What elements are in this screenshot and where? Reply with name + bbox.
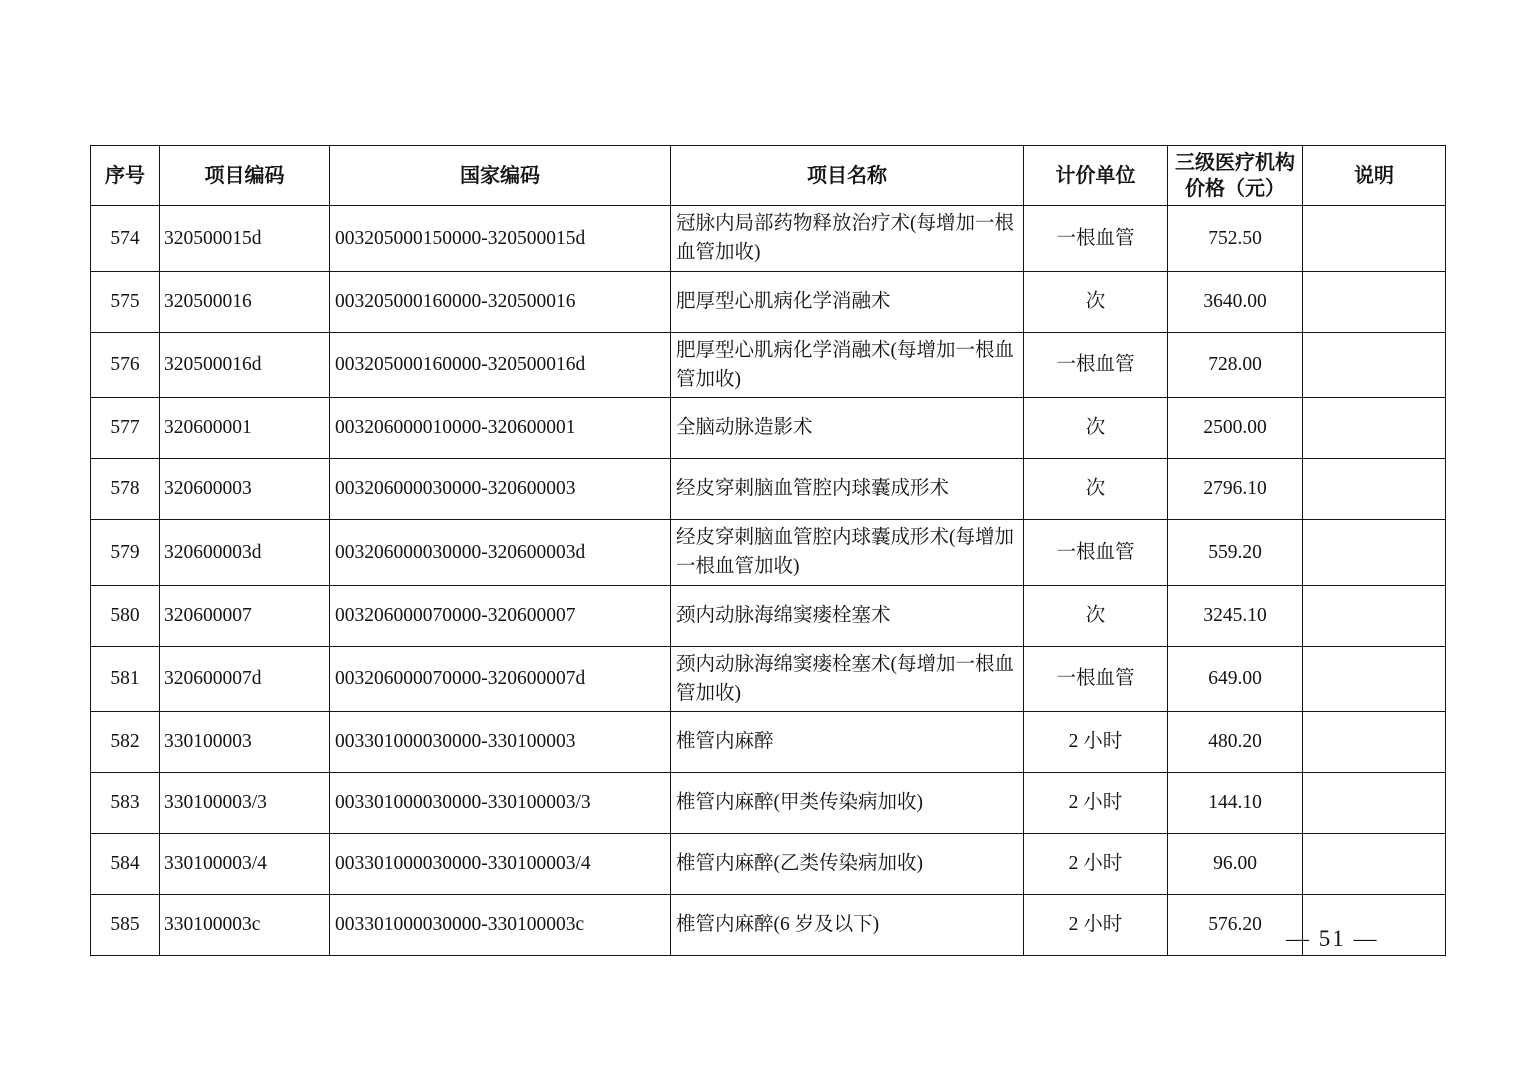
cell-index: 585 [91, 895, 160, 956]
cell-item-name: 经皮穿刺脑血管腔内球囊成形术(每增加一根血管加收) [671, 520, 1024, 586]
cell-national-code: 003205000150000-320500015d [330, 206, 671, 272]
cell-unit: 次 [1024, 585, 1168, 646]
cell-national-code: 003206000010000-320600001 [330, 398, 671, 459]
col-header-unit: 计价单位 [1024, 146, 1168, 206]
cell-index: 584 [91, 834, 160, 895]
cell-price: 2500.00 [1168, 398, 1303, 459]
table-row: 583330100003/3003301000030000-330100003/… [91, 773, 1446, 834]
cell-unit: 次 [1024, 398, 1168, 459]
cell-national-code: 003206000030000-320600003d [330, 520, 671, 586]
cell-unit: 一根血管 [1024, 646, 1168, 712]
col-header-price-line1: 三级医疗机构 [1175, 152, 1295, 174]
cell-price: 2796.10 [1168, 459, 1303, 520]
cell-national-code: 003205000160000-320500016d [330, 332, 671, 398]
cell-item-name: 椎管内麻醉 [671, 712, 1024, 773]
cell-index: 583 [91, 773, 160, 834]
cell-unit: 2 小时 [1024, 895, 1168, 956]
cell-item-name: 椎管内麻醉(6 岁及以下) [671, 895, 1024, 956]
cell-index: 574 [91, 206, 160, 272]
cell-index: 576 [91, 332, 160, 398]
cell-price: 649.00 [1168, 646, 1303, 712]
cell-note [1303, 398, 1446, 459]
cell-price: 3245.10 [1168, 585, 1303, 646]
table-row: 578320600003003206000030000-320600003经皮穿… [91, 459, 1446, 520]
cell-item-code: 320500016d [160, 332, 330, 398]
cell-note [1303, 459, 1446, 520]
cell-note [1303, 646, 1446, 712]
cell-index: 578 [91, 459, 160, 520]
col-header-national-code: 国家编码 [330, 146, 671, 206]
cell-price: 559.20 [1168, 520, 1303, 586]
cell-index: 581 [91, 646, 160, 712]
table-row: 577320600001003206000010000-320600001全脑动… [91, 398, 1446, 459]
cell-item-name: 椎管内麻醉(乙类传染病加收) [671, 834, 1024, 895]
table-row: 574320500015d003205000150000-320500015d冠… [91, 206, 1446, 272]
col-header-note: 说明 [1303, 146, 1446, 206]
cell-item-name: 颈内动脉海绵窦瘘栓塞术(每增加一根血管加收) [671, 646, 1024, 712]
cell-national-code: 003206000070000-320600007 [330, 585, 671, 646]
table-row: 580320600007003206000070000-320600007颈内动… [91, 585, 1446, 646]
col-header-price: 三级医疗机构 价格（元） [1168, 146, 1303, 206]
col-header-index: 序号 [91, 146, 160, 206]
cell-item-code: 330100003/3 [160, 773, 330, 834]
cell-national-code: 003205000160000-320500016 [330, 271, 671, 332]
page-number: — 51 — [1286, 926, 1379, 952]
cell-price: 144.10 [1168, 773, 1303, 834]
table-header-row: 序号 项目编码 国家编码 项目名称 计价单位 三级医疗机构 价格（元） 说明 [91, 146, 1446, 206]
cell-item-name: 全脑动脉造影术 [671, 398, 1024, 459]
cell-national-code: 003301000030000-330100003 [330, 712, 671, 773]
table-row: 582330100003003301000030000-330100003椎管内… [91, 712, 1446, 773]
cell-item-code: 330100003c [160, 895, 330, 956]
cell-unit: 次 [1024, 271, 1168, 332]
cell-price: 576.20 [1168, 895, 1303, 956]
cell-item-code: 320600003 [160, 459, 330, 520]
cell-note [1303, 332, 1446, 398]
cell-national-code: 003301000030000-330100003c [330, 895, 671, 956]
cell-item-name: 椎管内麻醉(甲类传染病加收) [671, 773, 1024, 834]
cell-price: 752.50 [1168, 206, 1303, 272]
document-page: 序号 项目编码 国家编码 项目名称 计价单位 三级医疗机构 价格（元） 说明 5… [0, 0, 1520, 1074]
col-header-item-code: 项目编码 [160, 146, 330, 206]
cell-price: 728.00 [1168, 332, 1303, 398]
cell-item-name: 肥厚型心肌病化学消融术(每增加一根血管加收) [671, 332, 1024, 398]
cell-index: 579 [91, 520, 160, 586]
table-row: 585330100003c003301000030000-330100003c椎… [91, 895, 1446, 956]
cell-unit: 2 小时 [1024, 773, 1168, 834]
cell-index: 575 [91, 271, 160, 332]
cell-note [1303, 206, 1446, 272]
cell-item-code: 320600003d [160, 520, 330, 586]
cell-note [1303, 271, 1446, 332]
cell-note [1303, 520, 1446, 586]
table-row: 584330100003/4003301000030000-330100003/… [91, 834, 1446, 895]
cell-item-code: 320500015d [160, 206, 330, 272]
cell-unit: 一根血管 [1024, 520, 1168, 586]
cell-index: 577 [91, 398, 160, 459]
cell-unit: 一根血管 [1024, 206, 1168, 272]
cell-index: 582 [91, 712, 160, 773]
table-row: 581320600007d003206000070000-320600007d颈… [91, 646, 1446, 712]
cell-item-name: 颈内动脉海绵窦瘘栓塞术 [671, 585, 1024, 646]
col-header-item-name: 项目名称 [671, 146, 1024, 206]
cell-price: 96.00 [1168, 834, 1303, 895]
price-table-body: 574320500015d003205000150000-320500015d冠… [91, 206, 1446, 956]
cell-item-code: 320600007d [160, 646, 330, 712]
cell-unit: 2 小时 [1024, 834, 1168, 895]
cell-index: 580 [91, 585, 160, 646]
cell-national-code: 003301000030000-330100003/3 [330, 773, 671, 834]
cell-note [1303, 773, 1446, 834]
cell-item-code: 330100003/4 [160, 834, 330, 895]
cell-unit: 次 [1024, 459, 1168, 520]
cell-national-code: 003301000030000-330100003/4 [330, 834, 671, 895]
medical-price-table: 序号 项目编码 国家编码 项目名称 计价单位 三级医疗机构 价格（元） 说明 5… [90, 145, 1446, 956]
cell-note [1303, 585, 1446, 646]
cell-item-name: 冠脉内局部药物释放治疗术(每增加一根血管加收) [671, 206, 1024, 272]
cell-national-code: 003206000030000-320600003 [330, 459, 671, 520]
cell-note [1303, 712, 1446, 773]
cell-item-code: 330100003 [160, 712, 330, 773]
cell-note [1303, 834, 1446, 895]
cell-item-code: 320600007 [160, 585, 330, 646]
cell-price: 480.20 [1168, 712, 1303, 773]
cell-item-name: 肥厚型心肌病化学消融术 [671, 271, 1024, 332]
cell-item-code: 320600001 [160, 398, 330, 459]
col-header-price-line2: 价格（元） [1185, 178, 1285, 200]
table-row: 575320500016003205000160000-320500016肥厚型… [91, 271, 1446, 332]
table-row: 579320600003d003206000030000-320600003d经… [91, 520, 1446, 586]
cell-item-code: 320500016 [160, 271, 330, 332]
cell-price: 3640.00 [1168, 271, 1303, 332]
cell-item-name: 经皮穿刺脑血管腔内球囊成形术 [671, 459, 1024, 520]
cell-unit: 2 小时 [1024, 712, 1168, 773]
table-row: 576320500016d003205000160000-320500016d肥… [91, 332, 1446, 398]
cell-unit: 一根血管 [1024, 332, 1168, 398]
cell-national-code: 003206000070000-320600007d [330, 646, 671, 712]
